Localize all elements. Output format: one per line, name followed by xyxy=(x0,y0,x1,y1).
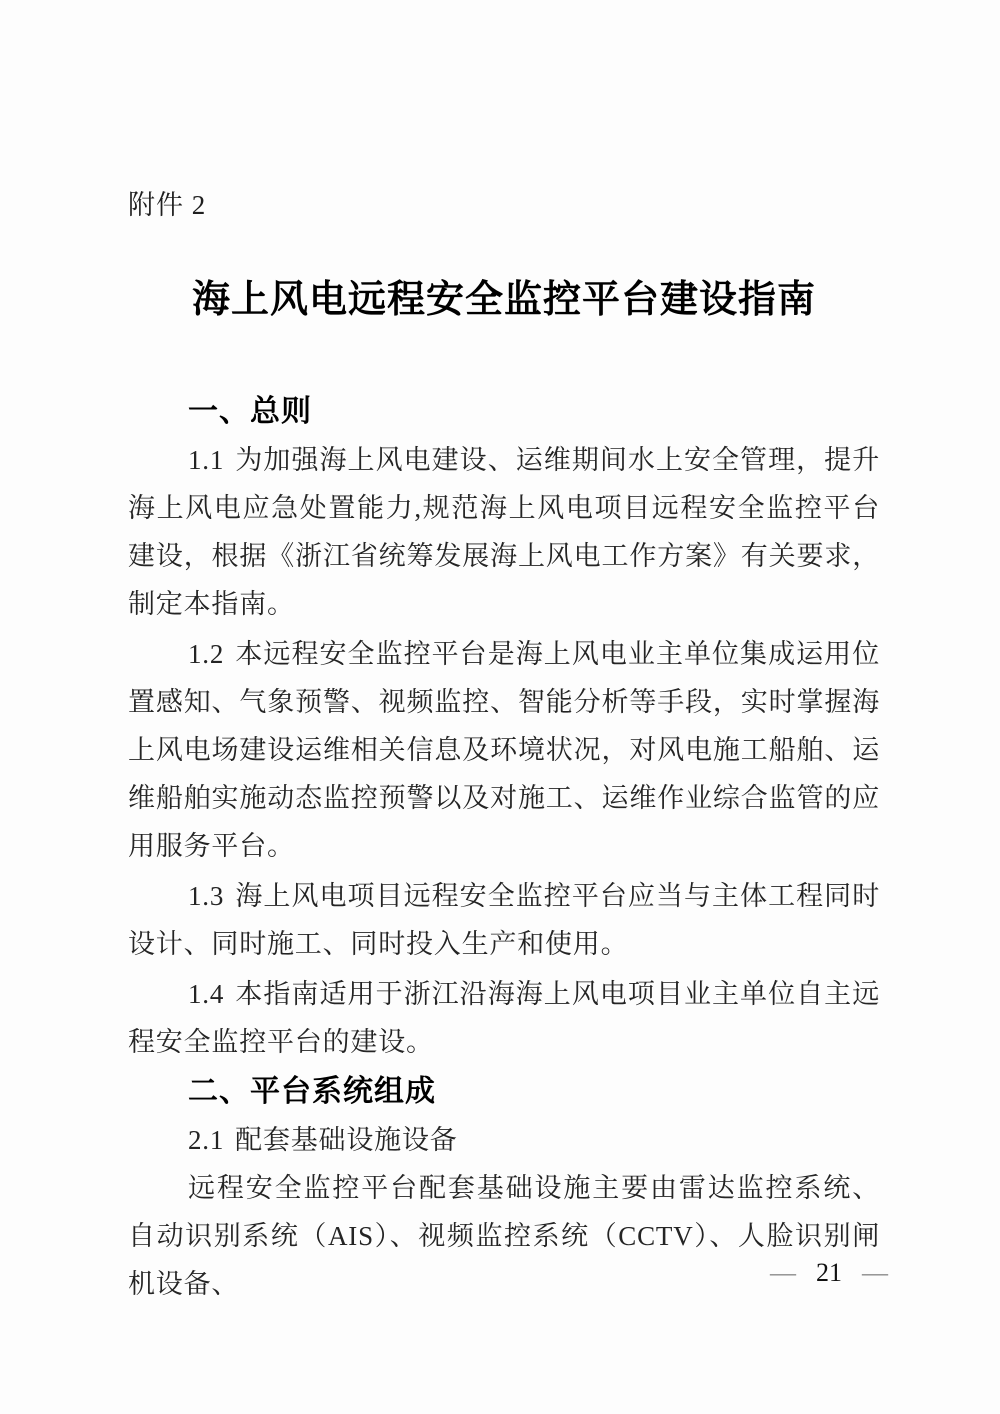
document-title: 海上风电远程安全监控平台建设指南 xyxy=(128,276,880,324)
paragraph-number: 1.4 xyxy=(188,979,224,1009)
paragraph-number: 1.3 xyxy=(188,881,224,911)
document-content: 附件 2 海上风电远程安全监控平台建设指南 一、总则 1.1为加强海上风电建设、… xyxy=(128,0,880,1310)
footer-dash-right: — xyxy=(862,1256,888,1290)
section-heading-platform-composition: 二、平台系统组成 xyxy=(128,1068,880,1116)
paragraph-text: 本远程安全监控平台是海上风电业主单位集成运用位置感知、气象预警、视频监控、智能分… xyxy=(128,639,880,861)
paragraph-1-3: 1.3海上风电项目远程安全监控平台应当与主体工程同时设计、同时施工、同时投入生产… xyxy=(128,872,880,968)
attachment-label: 附件 2 xyxy=(128,190,880,220)
paragraph-number: 1.1 xyxy=(188,445,224,475)
paragraph-2-1-body: 远程安全监控平台配套基础设施主要由雷达监控系统、自动识别系统（AIS）、视频监控… xyxy=(128,1164,880,1308)
section-heading-general: 一、总则 xyxy=(128,388,880,436)
paragraph-1-2: 1.2本远程安全监控平台是海上风电业主单位集成运用位置感知、气象预警、视频监控、… xyxy=(128,630,880,870)
subsection-text: 配套基础设施设备 xyxy=(235,1125,457,1155)
page-number: 21 xyxy=(816,1256,842,1290)
subsection-heading-2-1: 2.1配套基础设施设备 xyxy=(128,1116,880,1164)
subsection-number: 2.1 xyxy=(188,1125,224,1155)
document-page: 附件 2 海上风电远程安全监控平台建设指南 一、总则 1.1为加强海上风电建设、… xyxy=(0,0,1000,1414)
paragraph-text: 远程安全监控平台配套基础设施主要由雷达监控系统、自动识别系统（AIS）、视频监控… xyxy=(128,1173,880,1299)
page-footer: — 21 — xyxy=(770,1256,888,1290)
paragraph-text: 本指南适用于浙江沿海海上风电项目业主单位自主远程安全监控平台的建设。 xyxy=(128,979,880,1057)
paragraph-1-4: 1.4本指南适用于浙江沿海海上风电项目业主单位自主远程安全监控平台的建设。 xyxy=(128,970,880,1066)
paragraph-text: 海上风电项目远程安全监控平台应当与主体工程同时设计、同时施工、同时投入生产和使用… xyxy=(128,881,880,959)
paragraph-1-1: 1.1为加强海上风电建设、运维期间水上安全管理，提升海上风电应急处置能力,规范海… xyxy=(128,436,880,628)
paragraph-number: 1.2 xyxy=(188,639,224,669)
footer-dash-left: — xyxy=(770,1256,796,1290)
paragraph-text: 为加强海上风电建设、运维期间水上安全管理，提升海上风电应急处置能力,规范海上风电… xyxy=(128,445,880,619)
